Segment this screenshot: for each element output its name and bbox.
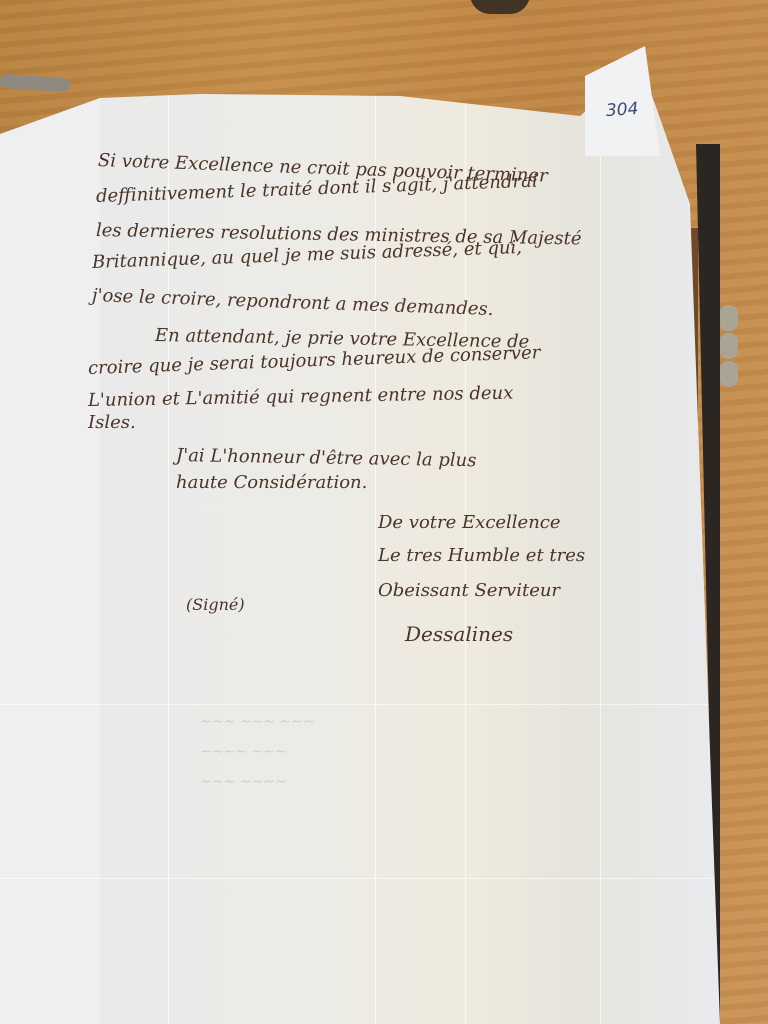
body-line: L'union et L'amitié qui regnent entre no… [88, 383, 514, 411]
letter-text: Si votre Excellence ne croit pas pouvoir… [0, 0, 720, 1024]
binder-beads [720, 305, 738, 389]
body-line: Isles. [88, 412, 136, 433]
bead [720, 305, 738, 331]
bead [720, 361, 738, 387]
bead [720, 333, 738, 359]
signed-annotation: (Signé) [186, 595, 245, 614]
closing-line: De votre Excellence [378, 512, 561, 533]
closing-line: Le tres Humble et tres [378, 545, 585, 566]
closing-line: Obeissant Serviteur [378, 580, 560, 601]
body-line: j'ose le croire, repondront a mes demand… [92, 285, 494, 320]
body-line: haute Considération. [176, 472, 367, 493]
signature: Dessalines [405, 622, 513, 646]
body-line: J'ai L'honneur d'être avec la plus [176, 445, 477, 471]
